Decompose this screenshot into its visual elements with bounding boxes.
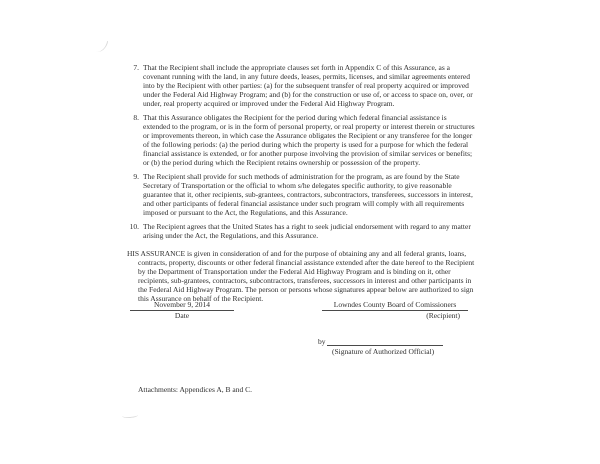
item-text: The Recipient shall provide for such met… bbox=[143, 172, 475, 217]
numbered-item-9: 9. The Recipient shall provide for such … bbox=[127, 172, 475, 217]
document-body: 7. That the Recipient shall include the … bbox=[127, 63, 475, 303]
scan-artifact-mark-top bbox=[96, 39, 108, 54]
scan-artifact-mark-bottom bbox=[122, 412, 138, 418]
date-value: November 9, 2014 bbox=[130, 300, 234, 311]
numbered-item-8: 8. That this Assurance obligates the Rec… bbox=[127, 113, 475, 167]
recipient-label: (Recipient) bbox=[322, 311, 468, 320]
scanned-document-page: 7. That the Recipient shall include the … bbox=[0, 0, 600, 464]
item-text: The Recipient agrees that the United Sta… bbox=[143, 222, 475, 240]
item-text: That the Recipient shall include the app… bbox=[143, 63, 475, 108]
item-number: 9. bbox=[127, 172, 139, 217]
date-label: Date bbox=[130, 311, 234, 320]
item-number: 10. bbox=[127, 222, 139, 240]
recipient-signature-block: Lowndes County Board of Comissioners (Re… bbox=[322, 300, 468, 320]
numbered-item-7: 7. That the Recipient shall include the … bbox=[127, 63, 475, 108]
signature-caption: (Signature of Authorized Official) bbox=[332, 347, 450, 356]
authorized-official-signature-block: by (Signature of Authorized Official) bbox=[318, 337, 450, 356]
by-label: by bbox=[318, 337, 326, 346]
recipient-value: Lowndes County Board of Comissioners bbox=[322, 300, 468, 311]
item-text: That this Assurance obligates the Recipi… bbox=[143, 113, 475, 167]
date-signature-block: November 9, 2014 Date bbox=[130, 300, 234, 320]
attachments-line: Attachments: Appendices A, B and C. bbox=[138, 385, 252, 394]
item-number: 8. bbox=[127, 113, 139, 167]
numbered-item-10: 10. The Recipient agrees that the United… bbox=[127, 222, 475, 240]
signature-blank-line bbox=[327, 337, 443, 346]
item-number: 7. bbox=[127, 63, 139, 108]
assurance-paragraph: HIS ASSURANCE is given in consideration … bbox=[127, 249, 475, 303]
